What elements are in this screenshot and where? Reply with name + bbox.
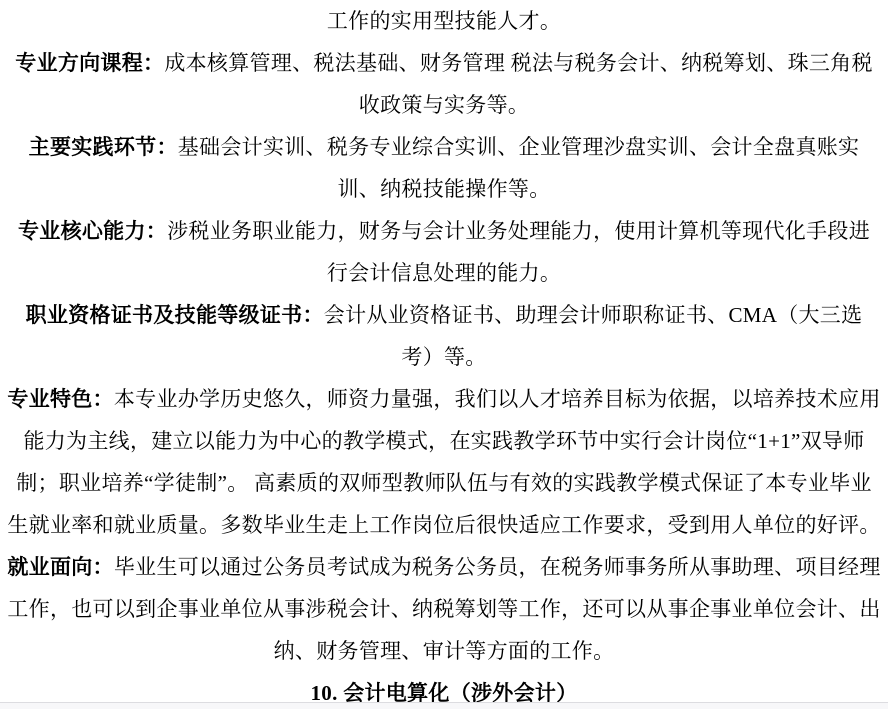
section-label-segment: 主要实践环节： bbox=[29, 135, 178, 159]
text-segment: 基础会计实训、税务专业综合实训、企业管理沙盘实训、会计全盘真账实 bbox=[178, 135, 860, 159]
text-segment: 行会计信息处理的能力。 bbox=[327, 261, 561, 285]
text-segment: 生就业率和就业质量。多数毕业生走上工作岗位后很快适应工作要求，受到用人单位的好评… bbox=[7, 513, 880, 537]
text-line: 专业核心能力：涉税业务职业能力，财务与会计业务处理能力，使用计算机等现代化手段进 bbox=[0, 210, 888, 252]
text-segment: 纳、财务管理、审计等方面的工作。 bbox=[274, 639, 615, 663]
section-label-segment: 就业面向： bbox=[7, 555, 114, 579]
text-segment: 工作的实用型技能人才。 bbox=[327, 9, 561, 33]
text-line: 就业面向：毕业生可以通过公务员考试成为税务公务员，在税务师事务所从事助理、项目经… bbox=[0, 546, 888, 588]
section-label-segment: 专业方向课程： bbox=[15, 51, 164, 75]
text-segment: 会计从业资格证书、助理会计师职称证书、CMA（大三选 bbox=[324, 303, 863, 327]
text-line: 考）等。 bbox=[0, 336, 888, 378]
section-label-segment: 职业资格证书及技能等级证书： bbox=[26, 303, 324, 327]
text-line: 能力为主线，建立以能力为中心的教学模式，在实践教学环节中实行会计岗位“1+1”双… bbox=[0, 420, 888, 462]
text-line: 纳、财务管理、审计等方面的工作。 bbox=[0, 630, 888, 672]
text-line: 行会计信息处理的能力。 bbox=[0, 252, 888, 294]
text-line: 工作的实用型技能人才。 bbox=[0, 0, 888, 42]
text-line: 收政策与实务等。 bbox=[0, 84, 888, 126]
text-line: 制；职业培养“学徒制”。 高素质的双师型教师队伍与有效的实践教学模式保证了本专业… bbox=[0, 462, 888, 504]
text-segment: 制；职业培养“学徒制”。 高素质的双师型教师队伍与有效的实践教学模式保证了本专业… bbox=[16, 471, 872, 495]
text-line: 生就业率和就业质量。多数毕业生走上工作岗位后很快适应工作要求，受到用人单位的好评… bbox=[0, 504, 888, 546]
text-segment: 毕业生可以通过公务员考试成为税务公务员，在税务师事务所从事助理、项目经理 bbox=[114, 555, 881, 579]
text-segment: 本专业办学历史悠久，师资力量强，我们以人才培养目标为依据，以培养技术应用 bbox=[114, 387, 881, 411]
window-bottom-edge bbox=[0, 702, 888, 709]
text-segment: 能力为主线，建立以能力为中心的教学模式，在实践教学环节中实行会计岗位“1+1”双… bbox=[23, 429, 864, 453]
text-line: 专业特色：本专业办学历史悠久，师资力量强，我们以人才培养目标为依据，以培养技术应… bbox=[0, 378, 888, 420]
text-line: 主要实践环节：基础会计实训、税务专业综合实训、企业管理沙盘实训、会计全盘真账实 bbox=[0, 126, 888, 168]
section-label-segment: 专业特色： bbox=[7, 387, 114, 411]
text-segment: 涉税业务职业能力，财务与会计业务处理能力，使用计算机等现代化手段进 bbox=[167, 219, 870, 243]
text-segment: 成本核算管理、税法基础、财务管理 税法与税务会计、纳税筹划、珠三角税 bbox=[164, 51, 872, 75]
text-line: 工作，也可以到企事业单位从事涉税会计、纳税筹划等工作，还可以从事企事业单位会计、… bbox=[0, 588, 888, 630]
text-segment: 考）等。 bbox=[401, 345, 486, 369]
text-line: 训、纳税技能操作等。 bbox=[0, 168, 888, 210]
text-segment: 训、纳税技能操作等。 bbox=[338, 177, 551, 201]
document-page: 工作的实用型技能人才。专业方向课程：成本核算管理、税法基础、财务管理 税法与税务… bbox=[0, 0, 888, 709]
text-line: 专业方向课程：成本核算管理、税法基础、财务管理 税法与税务会计、纳税筹划、珠三角… bbox=[0, 42, 888, 84]
text-line: 职业资格证书及技能等级证书：会计从业资格证书、助理会计师职称证书、CMA（大三选 bbox=[0, 294, 888, 336]
section-label-segment: 专业核心能力： bbox=[18, 219, 167, 243]
text-segment: 工作，也可以到企事业单位从事涉税会计、纳税筹划等工作，还可以从事企事业单位会计、… bbox=[7, 597, 880, 621]
document-body: 工作的实用型技能人才。专业方向课程：成本核算管理、税法基础、财务管理 税法与税务… bbox=[0, 0, 888, 709]
text-segment: 收政策与实务等。 bbox=[359, 93, 529, 117]
